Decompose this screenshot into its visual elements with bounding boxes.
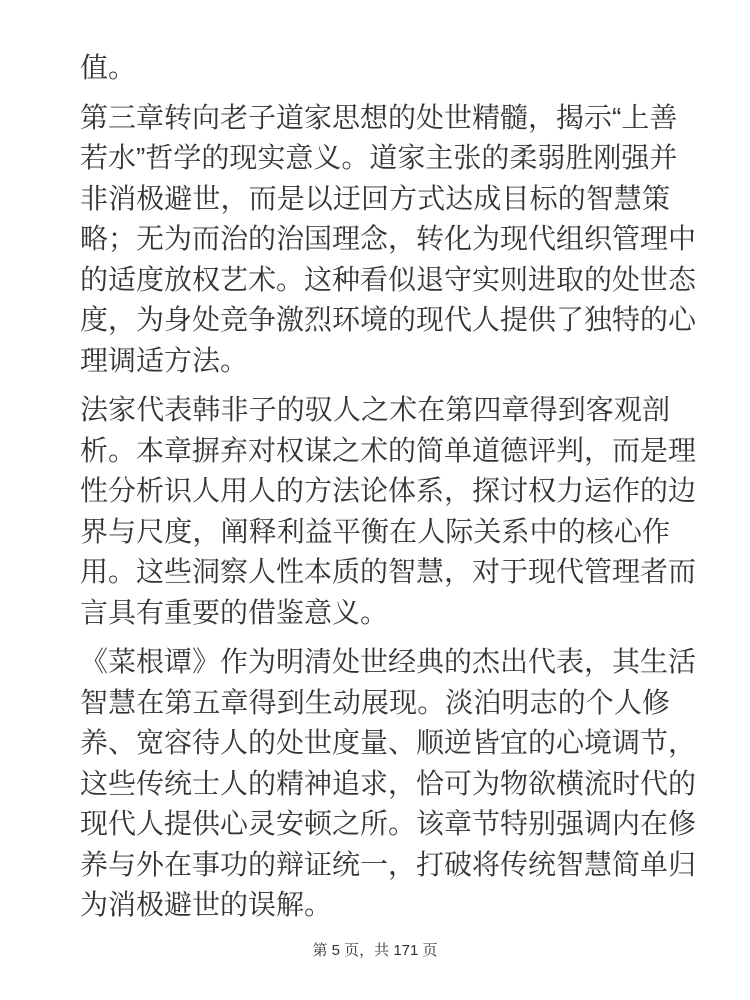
text-line: 养与外在事功的辩证统一，打破将传统智慧简单归 — [80, 845, 670, 886]
page-number-indicator: 第 5 页，共 171 页 — [0, 941, 750, 961]
text-line: 度，为身处竞争激烈环境的现代人提供了独特的心 — [80, 300, 670, 341]
text-line: 理调适方法。 — [80, 341, 670, 382]
paragraph: 第三章转向老子道家思想的处世精髓，揭示“上善若水”哲学的现实意义。道家主张的柔弱… — [80, 98, 670, 382]
text-line: 性分析识人用人的方法论体系，探讨权力运作的边 — [80, 471, 670, 512]
text-line: 言具有重要的借鉴意义。 — [80, 593, 670, 634]
text-line: 为消极避世的误解。 — [80, 885, 670, 926]
text-line: 非消极避世，而是以迂回方式达成目标的智慧策 — [80, 179, 670, 220]
text-line: 现代人提供心灵安顿之所。该章节特别强调内在修 — [80, 804, 670, 845]
paragraph: 法家代表韩非子的驭人之术在第四章得到客观剖析。本章摒弃对权谋之术的简单道德评判，… — [80, 390, 670, 633]
text-line: 养、宽容待人的处世度量、顺逆皆宜的心境调节， — [80, 723, 670, 764]
text-line: 《菜根谭》作为明清处世经典的杰出代表，其生活 — [80, 642, 670, 683]
text-line: 略；无为而治的治国理念，转化为现代组织管理中 — [80, 219, 670, 260]
document-body: 值。第三章转向老子道家思想的处世精髓，揭示“上善若水”哲学的现实意义。道家主张的… — [80, 48, 670, 935]
text-line: 析。本章摒弃对权谋之术的简单道德评判，而是理 — [80, 431, 670, 472]
paragraph: 《菜根谭》作为明清处世经典的杰出代表，其生活智慧在第五章得到生动展现。淡泊明志的… — [80, 642, 670, 926]
text-line: 用。这些洞察人性本质的智慧，对于现代管理者而 — [80, 552, 670, 593]
text-line: 界与尺度，阐释利益平衡在人际关系中的核心作 — [80, 512, 670, 553]
document-page: 值。第三章转向老子道家思想的处世精髓，揭示“上善若水”哲学的现实意义。道家主张的… — [0, 0, 750, 1000]
text-line: 第三章转向老子道家思想的处世精髓，揭示“上善 — [80, 98, 670, 139]
text-line: 的适度放权艺术。这种看似退守实则进取的处世态 — [80, 260, 670, 301]
text-line: 若水”哲学的现实意义。道家主张的柔弱胜刚强并 — [80, 138, 670, 179]
text-line: 法家代表韩非子的驭人之术在第四章得到客观剖 — [80, 390, 670, 431]
text-line: 这些传统士人的精神追求，恰可为物欲横流时代的 — [80, 764, 670, 805]
text-line: 智慧在第五章得到生动展现。淡泊明志的个人修 — [80, 683, 670, 724]
text-line: 值。 — [80, 48, 670, 89]
paragraph: 值。 — [80, 48, 670, 89]
